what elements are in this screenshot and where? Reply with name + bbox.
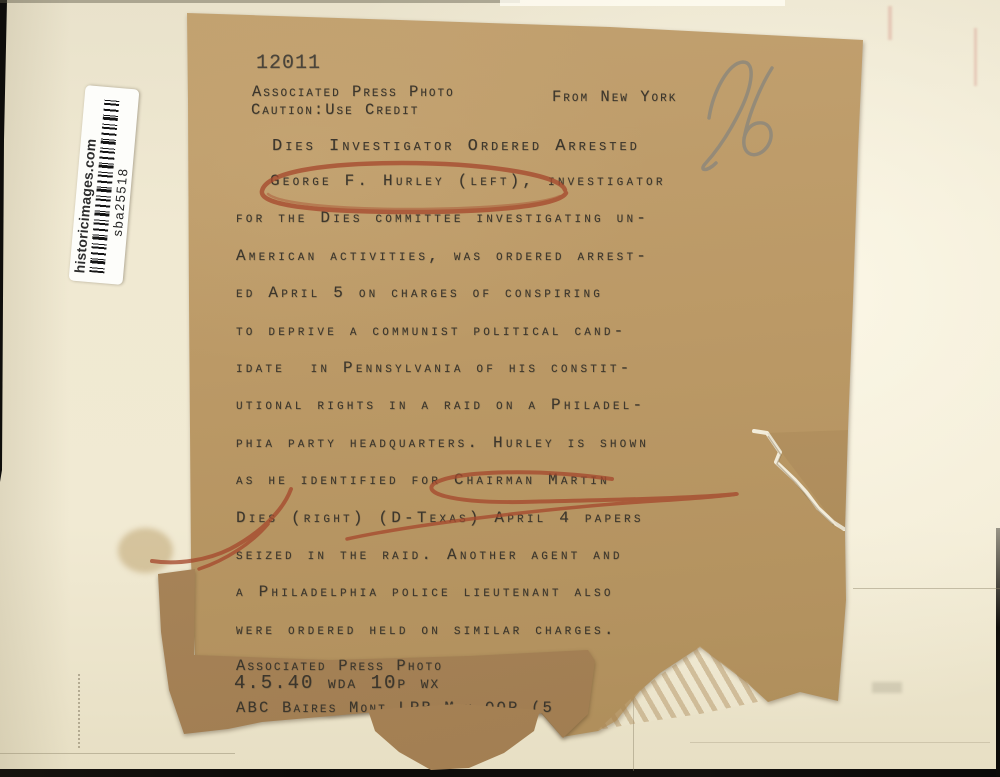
photo-scan: 12011 Associated Press Photo Caution:Use… — [0, 0, 1000, 777]
caption-footer-dateline: 4.5.40 wda 10p wx — [234, 673, 440, 693]
caption-sheet-torn-strip: Associated Press Photo 4.5.40 wda 10p wx… — [0, 0, 1000, 777]
caption-sheet-torn-strip-surface: Associated Press Photo 4.5.40 wda 10p wx… — [0, 0, 1000, 777]
